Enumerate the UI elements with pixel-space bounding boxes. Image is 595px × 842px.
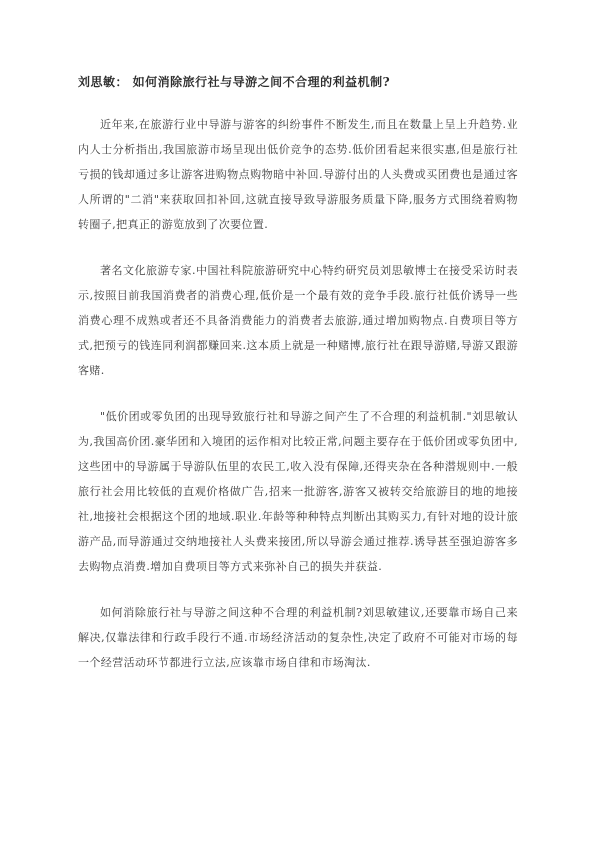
paragraph: "低价团或零负团的出现导致旅行社和导游之间产生了不合理的利益机制."刘思敏认为,… xyxy=(78,404,518,579)
document-title: 刘思敏： 如何消除旅行社与导游之间不合理的利益机制? xyxy=(78,74,518,90)
paragraph: 近年来,在旅游行业中导游与游客的纠纷事件不断发生,而且在数量上呈上升趋势.业内人… xyxy=(78,112,518,237)
document-body: 近年来,在旅游行业中导游与游客的纠纷事件不断发生,而且在数量上呈上升趋势.业内人… xyxy=(78,112,518,675)
paragraph: 如何消除旅行社与导游之间这种不合理的利益机制?刘思敏建议,还要靠市场自己来解决,… xyxy=(78,600,518,675)
document-page: 刘思敏： 如何消除旅行社与导游之间不合理的利益机制? 近年来,在旅游行业中导游与… xyxy=(0,0,595,842)
document-content: 刘思敏： 如何消除旅行社与导游之间不合理的利益机制? 近年来,在旅游行业中导游与… xyxy=(78,74,518,675)
paragraph: 著名文化旅游专家.中国社科院旅游研究中心特约研究员刘思敏博士在接受采访时表示,按… xyxy=(78,258,518,383)
